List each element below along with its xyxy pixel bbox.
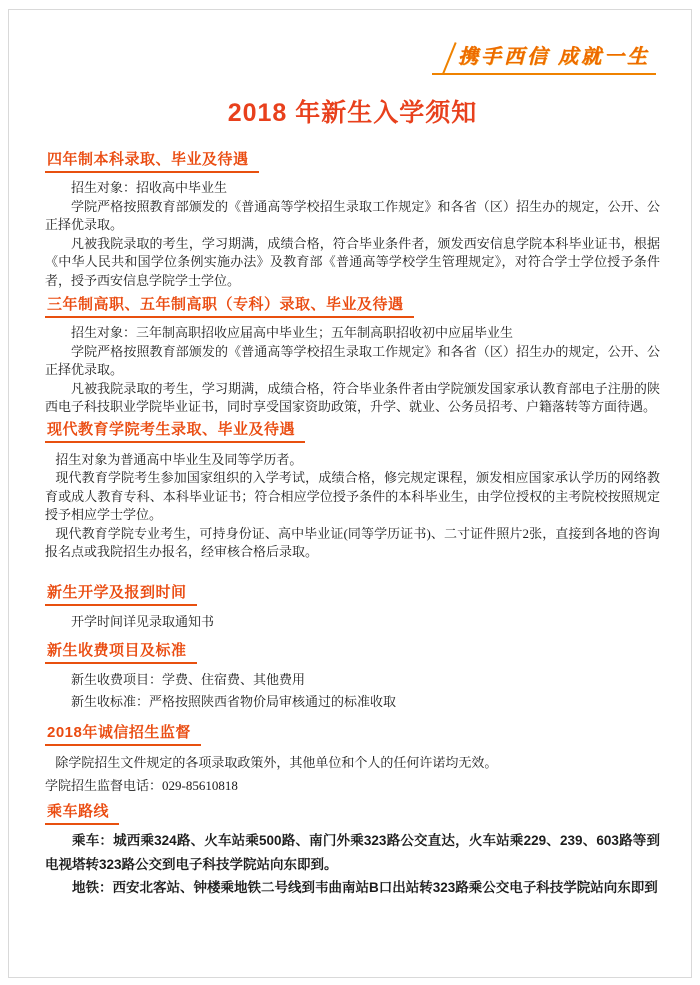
- paragraph: 开学时间详见录取通知书: [45, 611, 660, 633]
- section-heading: 新生开学及报到时间: [45, 584, 197, 606]
- document-content: 2018 年新生入学须知 四年制本科录取、毕业及待遇 招生对象：招收高中毕业生 …: [45, 0, 660, 900]
- section-heading: 2018年诚信招生监督: [45, 724, 201, 746]
- section-four-year-bachelor: 四年制本科录取、毕业及待遇 招生对象：招收高中毕业生 学院严格按照教育部颁发的《…: [45, 151, 660, 290]
- paragraph: 新生收标准：严格按照陕西省物价局审核通过的标准收取: [45, 691, 660, 713]
- section-modern-education: 现代教育学院考生录取、毕业及待遇 招生对象为普通高中毕业生及同等学历者。 现代教…: [45, 421, 660, 562]
- paragraph: 招生对象：招收高中毕业生: [45, 179, 660, 198]
- section-travel-routes: 乘车路线 乘车：城西乘324路、火车站乘500路、南门外乘323路公交直达，火车…: [45, 803, 660, 900]
- paragraph: 招生对象：三年制高职招收应届高中毕业生；五年制高职招收初中应届毕业生: [45, 324, 660, 343]
- section-heading: 新生收费项目及标准: [45, 642, 197, 664]
- paragraph: 学院严格按照教育部颁发的《普通高等学校招生录取工作规定》和各省（区）招生办的规定…: [45, 198, 660, 235]
- paragraph: 地铁：西安北客站、钟楼乘地铁二号线到韦曲南站B口出站转323路乘公交电子科技学院…: [45, 876, 660, 900]
- section-heading: 三年制高职、五年制高职（专科）录取、毕业及待遇: [45, 296, 414, 318]
- section-heading: 乘车路线: [45, 803, 119, 825]
- paragraph: 凡被我院录取的考生，学习期满，成绩合格，符合毕业条件者由学院颁发国家承认教育部电…: [45, 380, 660, 417]
- supervision-phone: 学院招生监督电话：029-85610818: [45, 774, 660, 797]
- paragraph: 学院严格按照教育部颁发的《普通高等学校招生录取工作规定》和各省（区）招生办的规定…: [45, 343, 660, 380]
- paragraph: 现代教育学院专业考生，可持身份证、高中毕业证(同等学历证书)、二寸证件照片2张，…: [45, 525, 660, 562]
- paragraph: 凡被我院录取的考生，学习期满，成绩合格，符合毕业条件者，颁发西安信息学院本科毕业…: [45, 235, 660, 291]
- paragraph: 现代教育学院考生参加国家组织的入学考试，成绩合格，修完规定课程，颁发相应国家承认…: [45, 469, 660, 525]
- section-vocational-college: 三年制高职、五年制高职（专科）录取、毕业及待遇 招生对象：三年制高职招收应届高中…: [45, 296, 660, 417]
- section-heading: 四年制本科录取、毕业及待遇: [45, 151, 259, 173]
- paragraph: 除学院招生文件规定的各项录取政策外，其他单位和个人的任何许诺均无效。: [45, 751, 660, 774]
- paragraph: 招生对象为普通高中毕业生及同等学历者。: [45, 451, 660, 470]
- section-fees-standard: 新生收费项目及标准 新生收费项目：学费、住宿费、其他费用 新生收标准：严格按照陕…: [45, 642, 660, 712]
- section-registration-time: 新生开学及报到时间 开学时间详见录取通知书: [45, 584, 660, 633]
- section-integrity-supervision: 2018年诚信招生监督 除学院招生文件规定的各项录取政策外，其他单位和个人的任何…: [45, 724, 660, 797]
- section-heading: 现代教育学院考生录取、毕业及待遇: [45, 421, 305, 443]
- paragraph: 新生收费项目：学费、住宿费、其他费用: [45, 669, 660, 691]
- page-title: 2018 年新生入学须知: [45, 0, 660, 130]
- paragraph: 乘车：城西乘324路、火车站乘500路、南门外乘323路公交直达，火车站乘229…: [45, 829, 660, 876]
